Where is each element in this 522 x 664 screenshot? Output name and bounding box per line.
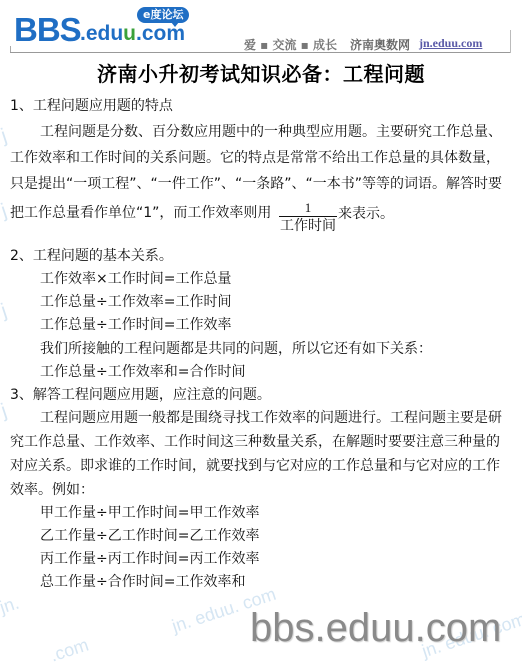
forum-badge: e度论坛 [137,7,189,23]
paragraph-line: 把工作总量看作单位“1”，而工作效率则用 [10,203,271,223]
logo-leaf-u: u [123,22,136,45]
note-line: 我们所接触的工程问题都是共同的问题，所以它还有如下关系： [40,339,432,359]
paragraph-line: 对应关系。即求谁的工作时间，就要找到与它对应的工作总量和与它对应的工作 [10,456,500,476]
fraction-denominator: 工作时间 [279,218,337,234]
fraction-bar [279,216,337,217]
fraction: 1 工作时间 [279,201,337,234]
fraction-numerator: 1 [279,201,337,215]
section-heading: 1、工程问题应用题的特点 [10,96,173,116]
formula-line: 工作效率×工作时间=工作总量 [40,269,231,289]
paragraph-tail: 来表示。 [338,203,394,223]
watermark: j [0,200,10,223]
section-heading: 3、解答工程问题应用题，应注意的问题。 [10,385,271,405]
header-divider [10,52,510,53]
section-heading: 2、工程问题的基本关系。 [10,246,173,266]
paragraph-line: 究工作总量、工作效率、工作时间这三种数量关系，在解题时要要注意三种量的 [10,432,500,452]
watermark: j [0,300,10,323]
site-link[interactable]: jn.eduu.com [419,36,482,51]
example-line: 总工作量÷合作时间=工作效率和 [40,572,245,592]
header-divider-right [510,30,511,53]
paragraph-line: 工程问题应用题一般都是围绕寻找工作效率的问题进行。工程问题主要是研 [40,408,502,428]
paragraph-line: 工程问题是分数、百分数应用题中的一种典型应用题。主要研究工作总量、 [40,122,502,142]
paragraph-line: 效率。例如： [10,480,94,500]
logo-domain-prefix: .edu [80,22,123,45]
paragraph-line: 只是提出“一项工程”、“一件工作”、“一条路”、“一本书”等等的词语。解答时要 [10,174,502,194]
slogan: 爱 ▪ 交流 ▪ 成长 [244,36,337,53]
formula-line: 工作总量÷工作时间=工作效率 [40,315,231,335]
site-name: 济南奥数网 [350,36,410,53]
watermark: jn. [0,593,22,619]
page-title: 济南小升初考试知识必备：工程问题 [0,58,522,87]
logo-domain-text: .eduu.com [80,22,185,46]
watermark: j [0,125,10,148]
site-header: BBS .eduu.com e度论坛 爱 ▪ 交流 ▪ 成长 济南奥数网 jn.… [0,0,522,55]
watermark: j [0,400,10,423]
logo-bbs-text: BBS [14,12,81,48]
watermark: .com [48,634,92,664]
example-line: 丙工作量÷丙工作时间=丙工作效率 [40,549,259,569]
example-line: 乙工作量÷乙工作时间=乙工作效率 [40,526,259,546]
formula-line: 工作总量÷工作效率和=合作时间 [40,362,245,382]
footer-brand-watermark: bbs.eduu.com [250,606,501,651]
formula-line: 工作总量÷工作效率=工作时间 [40,292,231,312]
example-line: 甲工作量÷甲工作时间=甲工作效率 [40,503,259,523]
paragraph-line: 工作效率和工作时间的关系问题。它的特点是常常不给出工作总量的具体数量， [10,148,500,168]
